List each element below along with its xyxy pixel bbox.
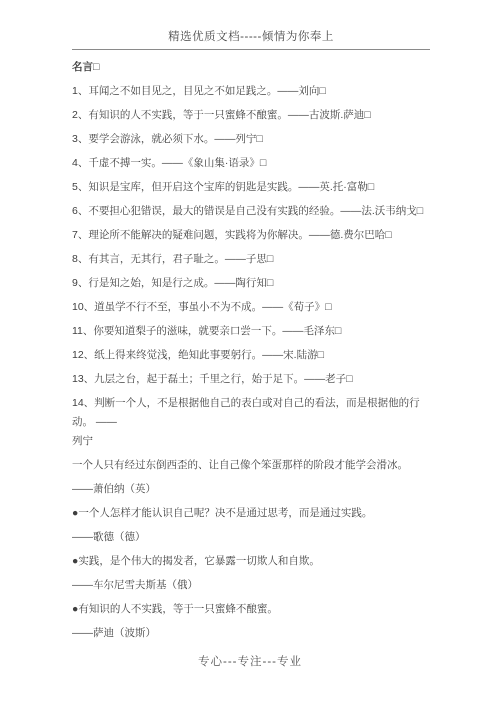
quote-line: ——车尔尼雪夫斯基（俄） [72,576,440,595]
list-item: 1、耳闻之不如目见之，目见之不如足践之。——刘向□ [72,82,440,101]
quote-line: ——萨迪（波斯） [72,624,440,643]
bullet-quote-list: 一个人只有经过东倒西歪的、让自己像个笨蛋那样的阶段才能学会滑冰。——萧伯纳（英）… [72,456,440,643]
document-page: 精选优质文档-----倾情为你奉上 名言□ 1、耳闻之不如目见之，目见之不如足践… [0,0,500,707]
quote-line: ●实践，是个伟大的揭发者，它暴露一切欺人和自欺。 [72,552,440,571]
list-item: 11、你要知道梨子的滋味，就要亲口尝一下。——毛泽东□ [72,322,440,341]
list-item: 3、要学会游泳，就必须下水。——列宁□ [72,130,440,149]
footer: 专心---专注---专业 [0,653,500,669]
list-item: 13、九层之台，起于磊土；千里之行，始于足下。——老子□ [72,370,440,389]
quote-line: 一个人只有经过东倒西歪的、让自己像个笨蛋那样的阶段才能学会滑冰。 [72,456,440,475]
header-banner-text: 精选优质文档-----倾情为你奉上 [168,31,334,43]
header-banner: 精选优质文档-----倾情为你奉上 [72,28,430,50]
list-item: 5、知识是宝库，但开启这个宝库的钥匙是实践。——英.托·富勒□ [72,178,440,197]
list-item: 7、理论所不能解决的疑难问题，实践将为你解决。——德.费尔巴哈□ [72,226,440,245]
list-item: 8、有其言，无其行，君子耻之。——子思□ [72,250,440,269]
quote-line: ●一个人怎样才能认识自己呢？决不是通过思考，而是通过实践。 [72,504,440,523]
list-item: 12、纸上得来终觉浅，绝知此事要躬行。——宋.陆游□ [72,346,440,365]
quote-line: ●有知识的人不实践，等于一只蜜蜂不酿蜜。 [72,600,440,619]
list-item: 4、千虚不搏一实。——《象山集·语录》□ [72,154,440,173]
list-item: 14、判断一个人，不是根据他自己的表白或对自己的看法，而是根据他的行动。 —— … [72,394,440,451]
numbered-quote-list: 1、耳闻之不如目见之，目见之不如足践之。——刘向□2、有知识的人不实践，等于一只… [72,82,440,451]
list-item: 9、行是知之始，知是行之成。——陶行知□ [72,274,440,293]
quote-line: ——歌德（德） [72,528,440,547]
list-item: 6、不要担心犯错误，最大的错误是自己没有实践的经验。——法.沃韦纳戈□ [72,202,440,221]
quote-line: ——萧伯纳（英） [72,480,440,499]
footer-text: 专心---专注---专业 [198,656,302,668]
list-item: 2、有知识的人不实践，等于一只蜜蜂不酿蜜。——古波斯.萨迪□ [72,106,440,125]
document-body: 名言□ 1、耳闻之不如目见之，目见之不如足践之。——刘向□2、有知识的人不实践，… [72,58,440,648]
document-title: 名言□ [72,58,440,77]
list-item: 10、道虽学不行不至，事虽小不为不成。——《荀子》□ [72,298,440,317]
